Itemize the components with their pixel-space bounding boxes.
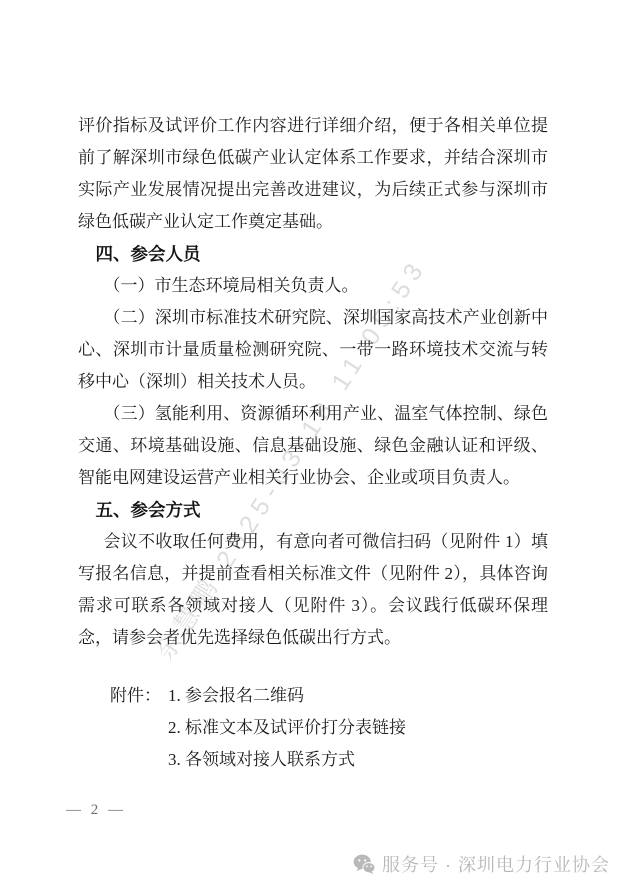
wechat-account-footer: 服务号 · 深圳电力行业协会 bbox=[353, 851, 610, 877]
attendees-item-2: （二）深圳市标准技术研究院、深圳国家高技术产业创新中心、深圳市计量质量检测研究院… bbox=[78, 302, 548, 398]
attachments-list: 1. 参会报名二维码 2. 标准文本及试评价打分表链接 3. 各领域对接人联系方… bbox=[161, 680, 406, 776]
attachment-item-contacts: 3. 各领域对接人联系方式 bbox=[168, 744, 406, 776]
wechat-account-name[interactable]: 服务号 · 深圳电力行业协会 bbox=[382, 851, 610, 877]
attachments-label: 附件： bbox=[110, 680, 161, 712]
attendees-item-1: （一）市生态环境局相关负责人。 bbox=[78, 270, 548, 302]
wechat-icon bbox=[353, 854, 375, 874]
section-heading-attendees: 四、参会人员 bbox=[78, 238, 548, 270]
attachment-item-standard-link: 2. 标准文本及试评价打分表链接 bbox=[168, 712, 406, 744]
page-number: — 2 — bbox=[66, 794, 548, 826]
attendees-item-3: （三）氢能利用、资源循环利用产业、温室气体控制、绿色交通、环境基础设施、信息基础… bbox=[78, 398, 548, 494]
document-page: 余慧鹏 2025-03-18 11:05:53 评价指标及试评价工作内容进行详细… bbox=[0, 0, 626, 885]
document-body: 评价指标及试评价工作内容进行详细介绍，便于各相关单位提前了解深圳市绿色低碳产业认… bbox=[78, 110, 548, 826]
intro-paragraph: 评价指标及试评价工作内容进行详细介绍，便于各相关单位提前了解深圳市绿色低碳产业认… bbox=[78, 110, 548, 238]
attachments-block: 附件： 1. 参会报名二维码 2. 标准文本及试评价打分表链接 3. 各领域对接… bbox=[78, 680, 548, 776]
attachment-item-qr-code: 1. 参会报名二维码 bbox=[168, 680, 406, 712]
section-heading-participation: 五、参会方式 bbox=[78, 494, 548, 526]
participation-paragraph: 会议不收取任何费用，有意向者可微信扫码（见附件 1）填写报名信息，并提前查看相关… bbox=[78, 526, 548, 654]
